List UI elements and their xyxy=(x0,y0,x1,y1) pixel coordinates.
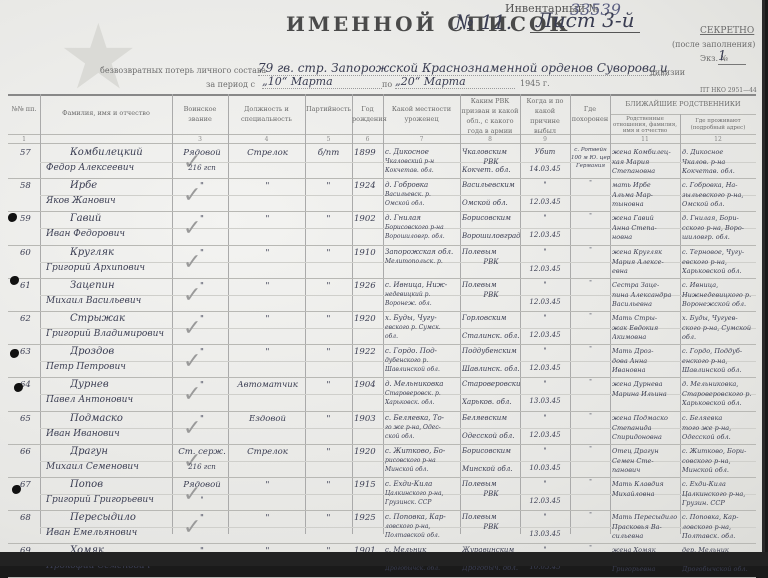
casualty-table: №№ пп. Фамилия, имя и отчество Воинское … xyxy=(8,94,756,534)
origin-line2: го же р-на, Одес- xyxy=(385,424,459,431)
col-header-buried: Где похоронен xyxy=(570,104,610,124)
when-left-date: 12.03.45 xyxy=(520,198,570,206)
relative-line3: панович xyxy=(612,466,680,474)
rvk-line1: Васильевским xyxy=(462,181,520,189)
row-number: 57 xyxy=(20,148,31,158)
relative-line1: жена Гавий xyxy=(612,214,680,222)
position: Автоматчик xyxy=(230,380,305,390)
period-to: „20“ Марта xyxy=(395,75,515,89)
sheet-number: Лист 3-й xyxy=(530,8,640,33)
address-line1: с. Ехди-Кила xyxy=(682,480,756,488)
buried-line1: " xyxy=(571,213,610,219)
position: " xyxy=(230,281,305,291)
origin-line3: Омской обл. xyxy=(385,200,459,207)
col-header-address: Где проживают (подробный адрес) xyxy=(680,118,756,132)
position: " xyxy=(230,513,305,523)
address-line1: д. Гнилая, Бори- xyxy=(682,214,756,222)
party: " xyxy=(305,181,352,191)
address-line2: енского р-на, xyxy=(682,357,756,365)
row-number: 65 xyxy=(20,414,31,424)
position: " xyxy=(230,314,305,324)
origin-line2: евского р. Сумск. xyxy=(385,324,459,331)
losses-label: безвозвратных потерь личного состава xyxy=(100,66,266,75)
origin-line1: х. Буды, Чугу- xyxy=(385,314,459,322)
relative-line1: Мать Дроз- xyxy=(612,347,680,355)
when-left-reason: " xyxy=(520,414,570,422)
party: " xyxy=(305,214,352,224)
party: " xyxy=(305,414,352,424)
rvk-line1: Горловским xyxy=(462,314,520,322)
when-left-reason: " xyxy=(520,347,570,355)
rank: " xyxy=(178,513,226,523)
position: " xyxy=(230,480,305,490)
when-left-date: 12.03.45 xyxy=(520,265,570,273)
origin-line1: с. Ивница, Ниж- xyxy=(385,281,459,289)
document-sheet: ★ Инвентарный № 33539 ИМЕННОЙ СПИСОК № 1… xyxy=(0,0,765,552)
position: " xyxy=(230,248,305,258)
row-number: 60 xyxy=(20,248,31,258)
origin-line3: Ворошиловгр. обл. xyxy=(385,233,459,240)
address-line3: Грузин. ССР xyxy=(682,499,756,507)
rvk-line3: Одесской обл. xyxy=(462,432,520,440)
relative-line3: Акимовна xyxy=(612,333,680,341)
origin-line2: Цалкинского р-на, xyxy=(385,490,459,497)
form-code: ПТ НКО 2951—44 xyxy=(700,87,757,94)
rank-unit: " xyxy=(178,496,226,504)
rank: " xyxy=(178,347,226,357)
party: " xyxy=(305,347,352,357)
when-left-reason: " xyxy=(520,380,570,388)
period-year: 1945 г. xyxy=(520,79,550,88)
list-number: № 11. xyxy=(455,10,512,34)
rvk-line3: Ворошиловград. xyxy=(462,232,520,240)
position: Ездовой xyxy=(230,414,305,424)
secrecy-note: (после заполнения) xyxy=(672,40,755,49)
birth-year: 1910 xyxy=(354,248,376,258)
origin-line1: с. Беляевка, То- xyxy=(385,414,459,422)
origin-line2: Чкаловский р-н xyxy=(385,158,459,165)
address-line2: Чкалов. р-на xyxy=(682,158,756,166)
buried-line1: " xyxy=(571,247,610,253)
surname: Комбилецкий xyxy=(70,147,143,158)
given-names: Михаил Семенович xyxy=(46,462,139,472)
given-names: Григорий Архипович xyxy=(46,263,145,273)
position: Стрелок xyxy=(230,447,305,457)
rvk-line1: Борисовским xyxy=(462,214,520,222)
origin-line3: Шавлинской обл. xyxy=(385,366,459,373)
origin-line3: ской обл. xyxy=(385,433,459,440)
surname: Попов xyxy=(70,479,103,490)
party: б/пт xyxy=(305,148,352,158)
rvk-line3: Минской обл. xyxy=(462,465,520,473)
address-line3: Харьковской обл. xyxy=(682,399,756,407)
row-number: 61 xyxy=(20,281,31,291)
rank-unit: 216 гсп xyxy=(178,164,226,172)
when-left-reason: " xyxy=(520,214,570,222)
period-label: за период с xyxy=(206,80,255,89)
col-header-relatives-group: БЛИЖАЙШИЕ РОДСТВЕННИКИ xyxy=(610,99,756,109)
when-left-date: 12.03.45 xyxy=(520,231,570,239)
when-left-date: 12.03.45 xyxy=(520,431,570,439)
row-number: 58 xyxy=(20,181,31,191)
rank: Ст. серж. xyxy=(178,447,226,457)
origin-line3: Минской обл. xyxy=(385,466,459,473)
col-num: 1 xyxy=(8,136,40,143)
buried-line1: " xyxy=(571,446,610,452)
rvk-line1: Полевым xyxy=(462,480,520,488)
position: " xyxy=(230,181,305,191)
document-title: ИМЕННОЙ СПИСОК xyxy=(286,12,571,36)
surname: Дурнев xyxy=(70,379,109,390)
address-line1: х. Буды, Чугуев- xyxy=(682,314,756,322)
col-num: 7 xyxy=(383,136,460,143)
surname: Ирбе xyxy=(70,180,97,191)
origin-line3: обл. xyxy=(385,333,459,340)
party: " xyxy=(305,314,352,324)
when-left-reason: " xyxy=(520,181,570,189)
given-names: Иван Федорович xyxy=(46,229,125,239)
relative-line1: Мать Стры- xyxy=(612,314,680,322)
rvk-line1: Полевым xyxy=(462,513,520,521)
col-header-name: Фамилия, имя и отчество xyxy=(40,108,172,118)
rvk-line3: Кокчет. обл. xyxy=(462,166,520,174)
birth-year: 1903 xyxy=(354,414,376,424)
address-line3: шиловгр. обл. xyxy=(682,233,756,241)
relative-line3: Ивановна xyxy=(612,366,680,374)
address-line1: д. Мельниковка, xyxy=(682,380,756,388)
when-left-date: 12.03.45 xyxy=(520,364,570,372)
rvk-line2: РВК xyxy=(462,291,520,299)
birth-year: 1902 xyxy=(354,214,376,224)
row-number: 68 xyxy=(20,513,31,523)
origin-line1: с. Поповка, Кар- xyxy=(385,513,459,521)
origin-line3: Харьковск. обл. xyxy=(385,399,459,406)
party: " xyxy=(305,248,352,258)
period-from: „10“ Марта xyxy=(262,75,382,89)
secrecy-label: СЕКРЕТНО xyxy=(700,26,754,36)
origin-line3: Воронеж. обл. xyxy=(385,300,459,307)
buried-line1: " xyxy=(571,413,610,419)
origin-line1: д. Гнилая xyxy=(385,214,459,222)
relative-line2: Анна Степа- xyxy=(612,224,680,232)
relative-line2: пина Александра xyxy=(612,291,680,299)
address-line1: с. Гобровка, На- xyxy=(682,181,756,189)
position: " xyxy=(230,214,305,224)
relative-line2: Марина Ильина xyxy=(612,390,680,398)
party: " xyxy=(305,281,352,291)
surname: Драгун xyxy=(70,446,108,457)
party: " xyxy=(305,380,352,390)
origin-line2: дубенского р. xyxy=(385,357,459,364)
origin-line1: с. Ехди-Кила xyxy=(385,480,459,488)
relative-line1: жена Дурнева xyxy=(612,380,680,388)
given-names: Иван Иванович xyxy=(46,429,120,439)
origin-line3: Кокчетав. обл. xyxy=(385,167,459,174)
relative-line2: Прасковья Ва- xyxy=(612,523,680,531)
rank: Рядовой xyxy=(178,480,226,490)
col-header-rank: Воинское звание xyxy=(172,104,228,124)
buried-line1: " xyxy=(571,313,610,319)
relative-line2: Степанида xyxy=(612,424,680,432)
when-left-date: 12.03.45 xyxy=(520,331,570,339)
address-line1: с. Житково, Бори- xyxy=(682,447,756,455)
row-number: 63 xyxy=(20,347,31,357)
rvk-line2: РВК xyxy=(462,258,520,266)
address-line2: Староверовского р. xyxy=(682,390,756,398)
relative-line1: Мать Пересыдило xyxy=(612,513,680,521)
surname: Зацепин xyxy=(70,280,115,291)
address-line3: Полтавск. обл. xyxy=(682,532,756,540)
address-line1: д. Дикосное xyxy=(682,148,756,156)
row-number: 67 xyxy=(20,480,31,490)
rvk-line1: Чкаловским xyxy=(462,148,520,156)
when-left-reason: " xyxy=(520,314,570,322)
origin-line2: ловского р-на, xyxy=(385,523,459,530)
relative-line3: новна xyxy=(612,233,680,241)
rank: " xyxy=(178,214,226,224)
relative-line3: Спиридоновна xyxy=(612,433,680,441)
address-line3: Воронежской обл. xyxy=(682,300,756,308)
buried-line1: с. Ротвейн xyxy=(571,147,610,153)
origin-line1: с. Дикосное xyxy=(385,148,459,156)
col-header-birth-year: Год рождения xyxy=(352,104,383,124)
address-line2: Нижнедевицкого р. xyxy=(682,291,756,299)
address-line1: с. Поповка, Кар- xyxy=(682,513,756,521)
address-line3: Омской обл. xyxy=(682,200,756,208)
origin-line1: д. Мельниковка xyxy=(385,380,459,388)
when-left-date: 13.03.45 xyxy=(520,397,570,405)
col-num: 5 xyxy=(305,136,352,143)
buried-line1: " xyxy=(571,280,610,286)
relative-line2: кая Мария xyxy=(612,158,680,166)
when-left-date: 10.03.45 xyxy=(520,464,570,472)
when-left-date: 13.03.45 xyxy=(520,530,570,538)
relative-line3: Степановна xyxy=(612,167,680,175)
col-num: 4 xyxy=(228,136,305,143)
origin-line3: Грузинск. ССР xyxy=(385,499,459,506)
buried-line1: " xyxy=(571,512,610,518)
rank: " xyxy=(178,414,226,424)
address-line3: Минской обл. xyxy=(682,466,756,474)
address-line3: обл. xyxy=(682,333,756,341)
rvk-line3: Шавлинск. обл. xyxy=(462,365,520,373)
when-left-date: 14.03.45 xyxy=(520,165,570,173)
address-line2: Цалкинского р-на, xyxy=(682,490,756,498)
relative-line2: Семен Сте- xyxy=(612,457,680,465)
col-header-when-left: Когда и по какой причине выбыл xyxy=(520,96,570,136)
surname: Гавий xyxy=(70,213,101,224)
unit-suffix: дивизии xyxy=(650,68,685,77)
col-num: 6 xyxy=(352,136,383,143)
party: " xyxy=(305,513,352,523)
when-left-reason: Убит xyxy=(520,148,570,156)
birth-year: 1904 xyxy=(354,380,376,390)
address-line2: ского р-на, Сумской xyxy=(682,324,756,332)
rvk-line1: Борисовским xyxy=(462,447,520,455)
relative-line2: Мария Алексе- xyxy=(612,258,680,266)
rvk-line1: Староверовским xyxy=(462,380,520,388)
rvk-line1: Полевым xyxy=(462,248,520,256)
surname: Подмаско xyxy=(70,413,123,424)
given-names: Федор Алексеевич xyxy=(46,163,134,173)
origin-line2: Мелитопольск. р. xyxy=(385,258,459,265)
address-line2: евского р-на, xyxy=(682,258,756,266)
when-left-reason: " xyxy=(520,513,570,521)
address-line2: сского р-на, Воро- xyxy=(682,224,756,232)
surname: Пересыдило xyxy=(70,512,136,523)
birth-year: 1924 xyxy=(354,181,376,191)
col-num: 8 xyxy=(460,136,520,143)
origin-line1: д. Гобровка xyxy=(385,181,459,189)
relative-line2: жак Евдокия xyxy=(612,324,680,332)
position: Стрелок xyxy=(230,148,305,158)
rvk-line2: РВК xyxy=(462,490,520,498)
relative-line1: мать Ирбе xyxy=(612,181,680,189)
relative-line3: сильевна xyxy=(612,532,680,540)
scan-border xyxy=(0,552,768,566)
address-line1: с. Терновое, Чугу- xyxy=(682,248,756,256)
origin-line1: Запорожская обл. xyxy=(385,248,459,256)
birth-year: 1915 xyxy=(354,480,376,490)
buried-line3: Германия xyxy=(571,163,610,169)
surname: Кругляк xyxy=(70,247,114,258)
relative-line3: евна xyxy=(612,267,680,275)
origin-line3: Полтавской обл. xyxy=(385,532,459,539)
address-line2: ловского р-на, xyxy=(682,523,756,531)
rank: " xyxy=(178,314,226,324)
address-line3: Одесской обл. xyxy=(682,433,756,441)
party: " xyxy=(305,447,352,457)
birth-year: 1926 xyxy=(354,281,376,291)
relative-line1: Мать Клавдия xyxy=(612,480,680,488)
period-to-label: по xyxy=(382,80,392,89)
relative-line1: жена Подмаско xyxy=(612,414,680,422)
col-header-rvk: Каким РВК призван и какой обл., с какого… xyxy=(460,96,520,136)
buried-line1: " xyxy=(571,545,610,551)
address-line2: того же р-на, xyxy=(682,424,756,432)
unit-name: 79 гв. стр. Запорожской Краснознаменной … xyxy=(258,61,668,76)
birth-year: 1920 xyxy=(354,447,376,457)
address-line3: Шавлинской обл. xyxy=(682,366,756,374)
position: " xyxy=(230,347,305,357)
rvk-line1: Поддубенским xyxy=(462,347,520,355)
address-line2: зыльевского р-на, xyxy=(682,191,756,199)
rvk-line3: Сталинск. обл. xyxy=(462,332,520,340)
col-num: 9 xyxy=(520,136,570,143)
birth-year: 1899 xyxy=(354,148,376,158)
relative-line3: тыновна xyxy=(612,200,680,208)
birth-year: 1925 xyxy=(354,513,376,523)
when-left-reason: " xyxy=(520,447,570,455)
buried-line1: " xyxy=(571,379,610,385)
relative-line2: дова Анна xyxy=(612,357,680,365)
origin-line2: рисовского р-на xyxy=(385,457,459,464)
when-left-reason: " xyxy=(520,281,570,289)
row-number: 62 xyxy=(20,314,31,324)
rank: " xyxy=(178,281,226,291)
when-left-reason: " xyxy=(520,248,570,256)
col-num: 3 xyxy=(172,136,228,143)
rvk-line3: Харьков. обл. xyxy=(462,398,520,406)
origin-line1: с. Житково, Бо- xyxy=(385,447,459,455)
col-header-origin: Какой местности уроженец xyxy=(383,104,460,124)
col-header-position: Должность и специальность xyxy=(228,104,305,124)
rank: Рядовой xyxy=(178,148,226,158)
origin-line2: недевицкий р. xyxy=(385,291,459,298)
relative-line2: Альма Мар- xyxy=(612,191,680,199)
given-names: Иван Емельянович xyxy=(46,528,137,538)
col-num: 12 xyxy=(680,136,756,143)
given-names: Петр Петрович xyxy=(46,362,126,372)
buried-line1: " xyxy=(571,346,610,352)
origin-line1: с. Гордо. Под- xyxy=(385,347,459,355)
row-number: 66 xyxy=(20,447,31,457)
relative-line2: Михайловна xyxy=(612,490,680,498)
col-header-relation: Родственные отношения, фамилия, имя и от… xyxy=(610,116,680,134)
rvk-line3: Омской обл. xyxy=(462,199,520,207)
rank-unit: 216 гсп xyxy=(178,463,226,471)
address-line2: совского р-на, xyxy=(682,457,756,465)
address-line3: Харьковской обл. xyxy=(682,267,756,275)
copy-number: 1 xyxy=(718,49,746,65)
rvk-line2: РВК xyxy=(462,523,520,531)
given-names: Григорий Григорьевич xyxy=(46,495,154,505)
row-number: 59 xyxy=(20,214,31,224)
rvk-line2: РВК xyxy=(462,158,520,166)
when-left-reason: " xyxy=(520,480,570,488)
rank: " xyxy=(178,380,226,390)
origin-line2: Васильевск. р. xyxy=(385,191,459,198)
address-line1: с. Гордо, Поддуб- xyxy=(682,347,756,355)
address-line1: с. Беляевка xyxy=(682,414,756,422)
address-line1: с. Ивница, xyxy=(682,281,756,289)
col-num: 11 xyxy=(610,136,680,143)
relative-line1: Отец Драгун xyxy=(612,447,680,455)
rvk-line1: Беляевским xyxy=(462,414,520,422)
address-line3: Кокчетав. обл. xyxy=(682,167,756,175)
surname: Дроздов xyxy=(70,346,114,357)
rank: " xyxy=(178,181,226,191)
relative-line1: Сестра Заце- xyxy=(612,281,680,289)
relative-line1: жена Кругляк xyxy=(612,248,680,256)
birth-year: 1922 xyxy=(354,347,376,357)
when-left-date: 12.03.45 xyxy=(520,298,570,306)
origin-line2: Борисовского р-на xyxy=(385,224,459,231)
when-left-date: 12.03.45 xyxy=(520,497,570,505)
col-header-number: №№ пп. xyxy=(8,104,40,114)
buried-line1: " xyxy=(571,479,610,485)
origin-line2: Староверовск. р. xyxy=(385,390,459,397)
birth-year: 1920 xyxy=(354,314,376,324)
rvk-line1: Полевым xyxy=(462,281,520,289)
rank: " xyxy=(178,248,226,258)
col-header-party: Партийность xyxy=(305,104,352,114)
buried-line1: " xyxy=(571,180,610,186)
surname: Стрыжак xyxy=(70,313,125,324)
given-names: Яков Жанович xyxy=(46,196,116,206)
relative-line1: жена Комбилец- xyxy=(612,148,680,156)
star-watermark-icon: ★ xyxy=(58,18,148,98)
given-names: Михаил Васильевич xyxy=(46,296,141,306)
relative-line3: Васильевна xyxy=(612,300,680,308)
given-names: Григорий Владимирович xyxy=(46,329,164,339)
party: " xyxy=(305,480,352,490)
given-names: Павел Антонович xyxy=(46,395,133,405)
buried-line2: 100 м Ю. церкви xyxy=(571,155,610,161)
